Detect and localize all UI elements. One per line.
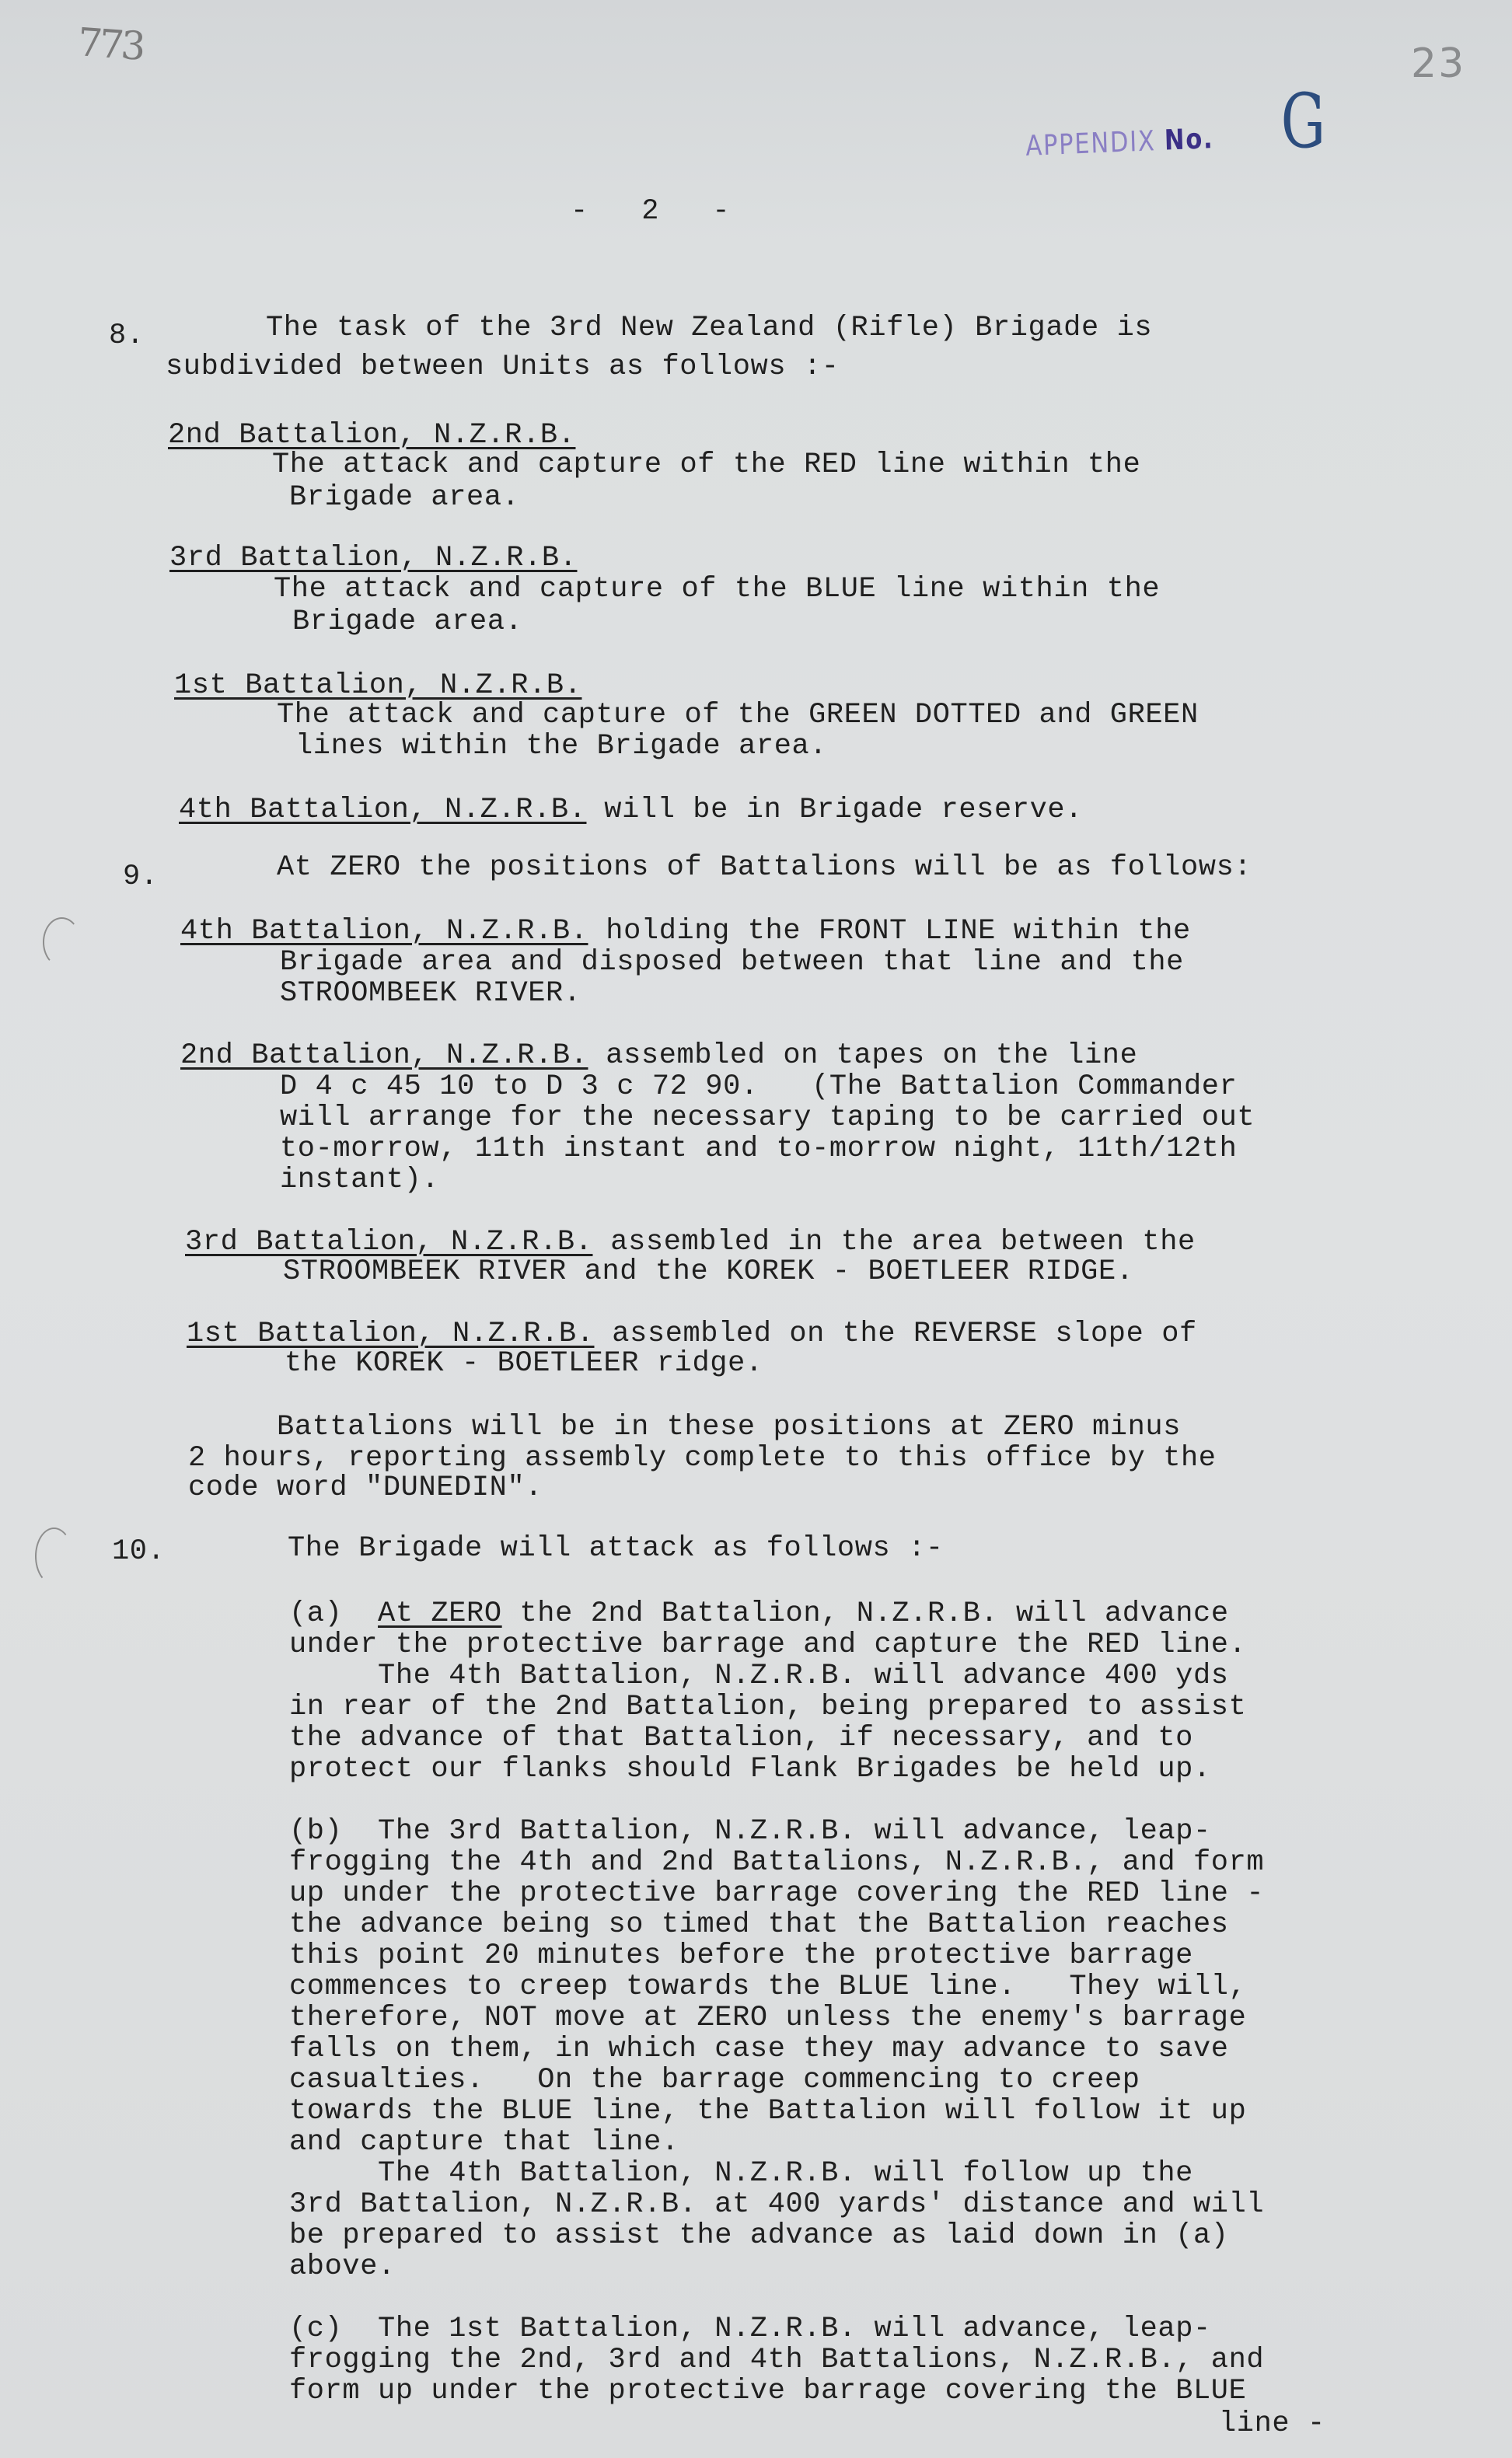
subparagraph-text: and capture that line.	[289, 2127, 679, 2159]
position-text: the KOREK - BOETLEER ridge.	[285, 1348, 763, 1380]
position-text: will arrange for the necessary taping to…	[280, 1102, 1255, 1134]
folio-number: 23	[1411, 40, 1465, 87]
subparagraph-text: towards the BLUE line, the Battalion wil…	[289, 2096, 1246, 2128]
page-number: - 2 -	[571, 196, 730, 228]
stamp-handwritten-letter: G	[1281, 78, 1326, 165]
paragraph-text: subdivided between Units as follows :-	[166, 351, 840, 383]
position-line: 2nd Battalion, N.Z.R.B. assembled on tap…	[180, 1040, 1137, 1072]
unit-task: Brigade area.	[292, 606, 522, 638]
unit-heading: 3rd Battalion, N.Z.R.B.	[169, 543, 577, 574]
subparagraph-text: therefore, NOT move at ZERO unless the e…	[289, 2002, 1246, 2034]
subparagraph-a: (a) At ZERO the 2nd Battalion, N.Z.R.B. …	[289, 1598, 1229, 1630]
position-line: 3rd Battalion, N.Z.R.B. assembled in the…	[185, 1227, 1196, 1259]
subparagraph-text: The 4th Battalion, N.Z.R.B. will follow …	[289, 2158, 1193, 2190]
position-text: to-morrow, 11th instant and to-morrow ni…	[280, 1133, 1237, 1165]
subparagraph-text: casualties. On the barrage commencing to…	[289, 2065, 1140, 2097]
paragraph-text: At ZERO the positions of Battalions will…	[277, 852, 1252, 884]
subparagraph-text: this point 20 minutes before the protect…	[289, 1940, 1193, 1972]
subparagraph-text: the advance being so timed that the Batt…	[289, 1909, 1229, 1941]
subparagraph-text: protect our flanks should Flank Brigades…	[289, 1754, 1211, 1786]
subparagraph-text: under the protective barrage and capture…	[289, 1629, 1246, 1661]
unit-task: The attack and capture of the RED line w…	[272, 449, 1140, 481]
position-text: D 4 c 45 10 to D 3 c 72 90. (The Battali…	[280, 1071, 1237, 1103]
unit-reserve-line: 4th Battalion, N.Z.R.B. will be in Briga…	[179, 794, 1083, 826]
subparagraph-text: in rear of the 2nd Battalion, being prep…	[289, 1692, 1246, 1723]
subparagraph-c: (c) The 1st Battalion, N.Z.R.B. will adv…	[289, 2313, 1211, 2345]
subparagraph-text: falls on them, in which case they may ad…	[289, 2034, 1229, 2065]
position-text: Brigade area and disposed between that l…	[280, 947, 1184, 979]
subparagraph-text: frogging the 2nd, 3rd and 4th Battalions…	[289, 2345, 1264, 2376]
stamp-label: APPENDIX No.	[1025, 123, 1214, 162]
paragraph-text: The task of the 3rd New Zealand (Rifle) …	[266, 312, 1152, 344]
unit-task: The attack and capture of the BLUE line …	[274, 574, 1160, 606]
paragraph-number: 10.	[112, 1536, 165, 1568]
subparagraph-text: above.	[289, 2251, 396, 2283]
subparagraph-text: be prepared to assist the advance as lai…	[289, 2220, 1229, 2252]
closing-text: code word "DUNEDIN".	[188, 1472, 543, 1504]
position-text: instant).	[280, 1164, 439, 1196]
unit-task: The attack and capture of the GREEN DOTT…	[277, 700, 1199, 731]
subparagraph-text: form up under the protective barrage cov…	[289, 2376, 1246, 2407]
appendix-stamp: APPENDIX No. G	[1026, 124, 1056, 180]
handwritten-reference: 773	[76, 19, 144, 69]
position-text: STROOMBEEK RIVER.	[280, 978, 581, 1010]
subparagraph-text: the advance of that Battalion, if necess…	[289, 1723, 1193, 1754]
subparagraph-text: commences to creep towards the BLUE line…	[289, 1971, 1246, 2003]
margin-tie-mark	[35, 1528, 73, 1585]
subparagraph-b: (b) The 3rd Battalion, N.Z.R.B. will adv…	[289, 1816, 1211, 1848]
paragraph-text: The Brigade will attack as follows :-	[288, 1533, 944, 1565]
closing-text: Battalions will be in these positions at…	[188, 1412, 1181, 1444]
paragraph-number: 8.	[109, 320, 145, 352]
subparagraph-text: frogging the 4th and 2nd Battalions, N.Z…	[289, 1847, 1264, 1879]
margin-tie-mark	[43, 917, 81, 967]
unit-heading: 2nd Battalion, N.Z.R.B.	[168, 420, 575, 452]
unit-heading: 1st Battalion, N.Z.R.B.	[174, 670, 581, 702]
paragraph-number: 9.	[123, 861, 159, 893]
document-page: 773 23 APPENDIX No. G - 2 - 8. The task …	[0, 0, 1512, 2458]
position-line: 4th Battalion, N.Z.R.B. holding the FRON…	[180, 916, 1191, 948]
subparagraph-text: The 4th Battalion, N.Z.R.B. will advance…	[289, 1660, 1229, 1692]
closing-text: 2 hours, reporting assembly complete to …	[188, 1443, 1217, 1475]
unit-task: Brigade area.	[289, 482, 519, 514]
position-line: 1st Battalion, N.Z.R.B. assembled on the…	[187, 1318, 1197, 1350]
position-text: STROOMBEEK RIVER and the KOREK - BOETLEE…	[283, 1256, 1134, 1288]
subparagraph-text: up under the protective barrage covering…	[289, 1878, 1264, 1910]
unit-task: lines within the Brigade area.	[295, 731, 827, 763]
subparagraph-text: 3rd Battalion, N.Z.R.B. at 400 yards' di…	[289, 2189, 1264, 2221]
page-continuation: line -	[1219, 2408, 1325, 2440]
